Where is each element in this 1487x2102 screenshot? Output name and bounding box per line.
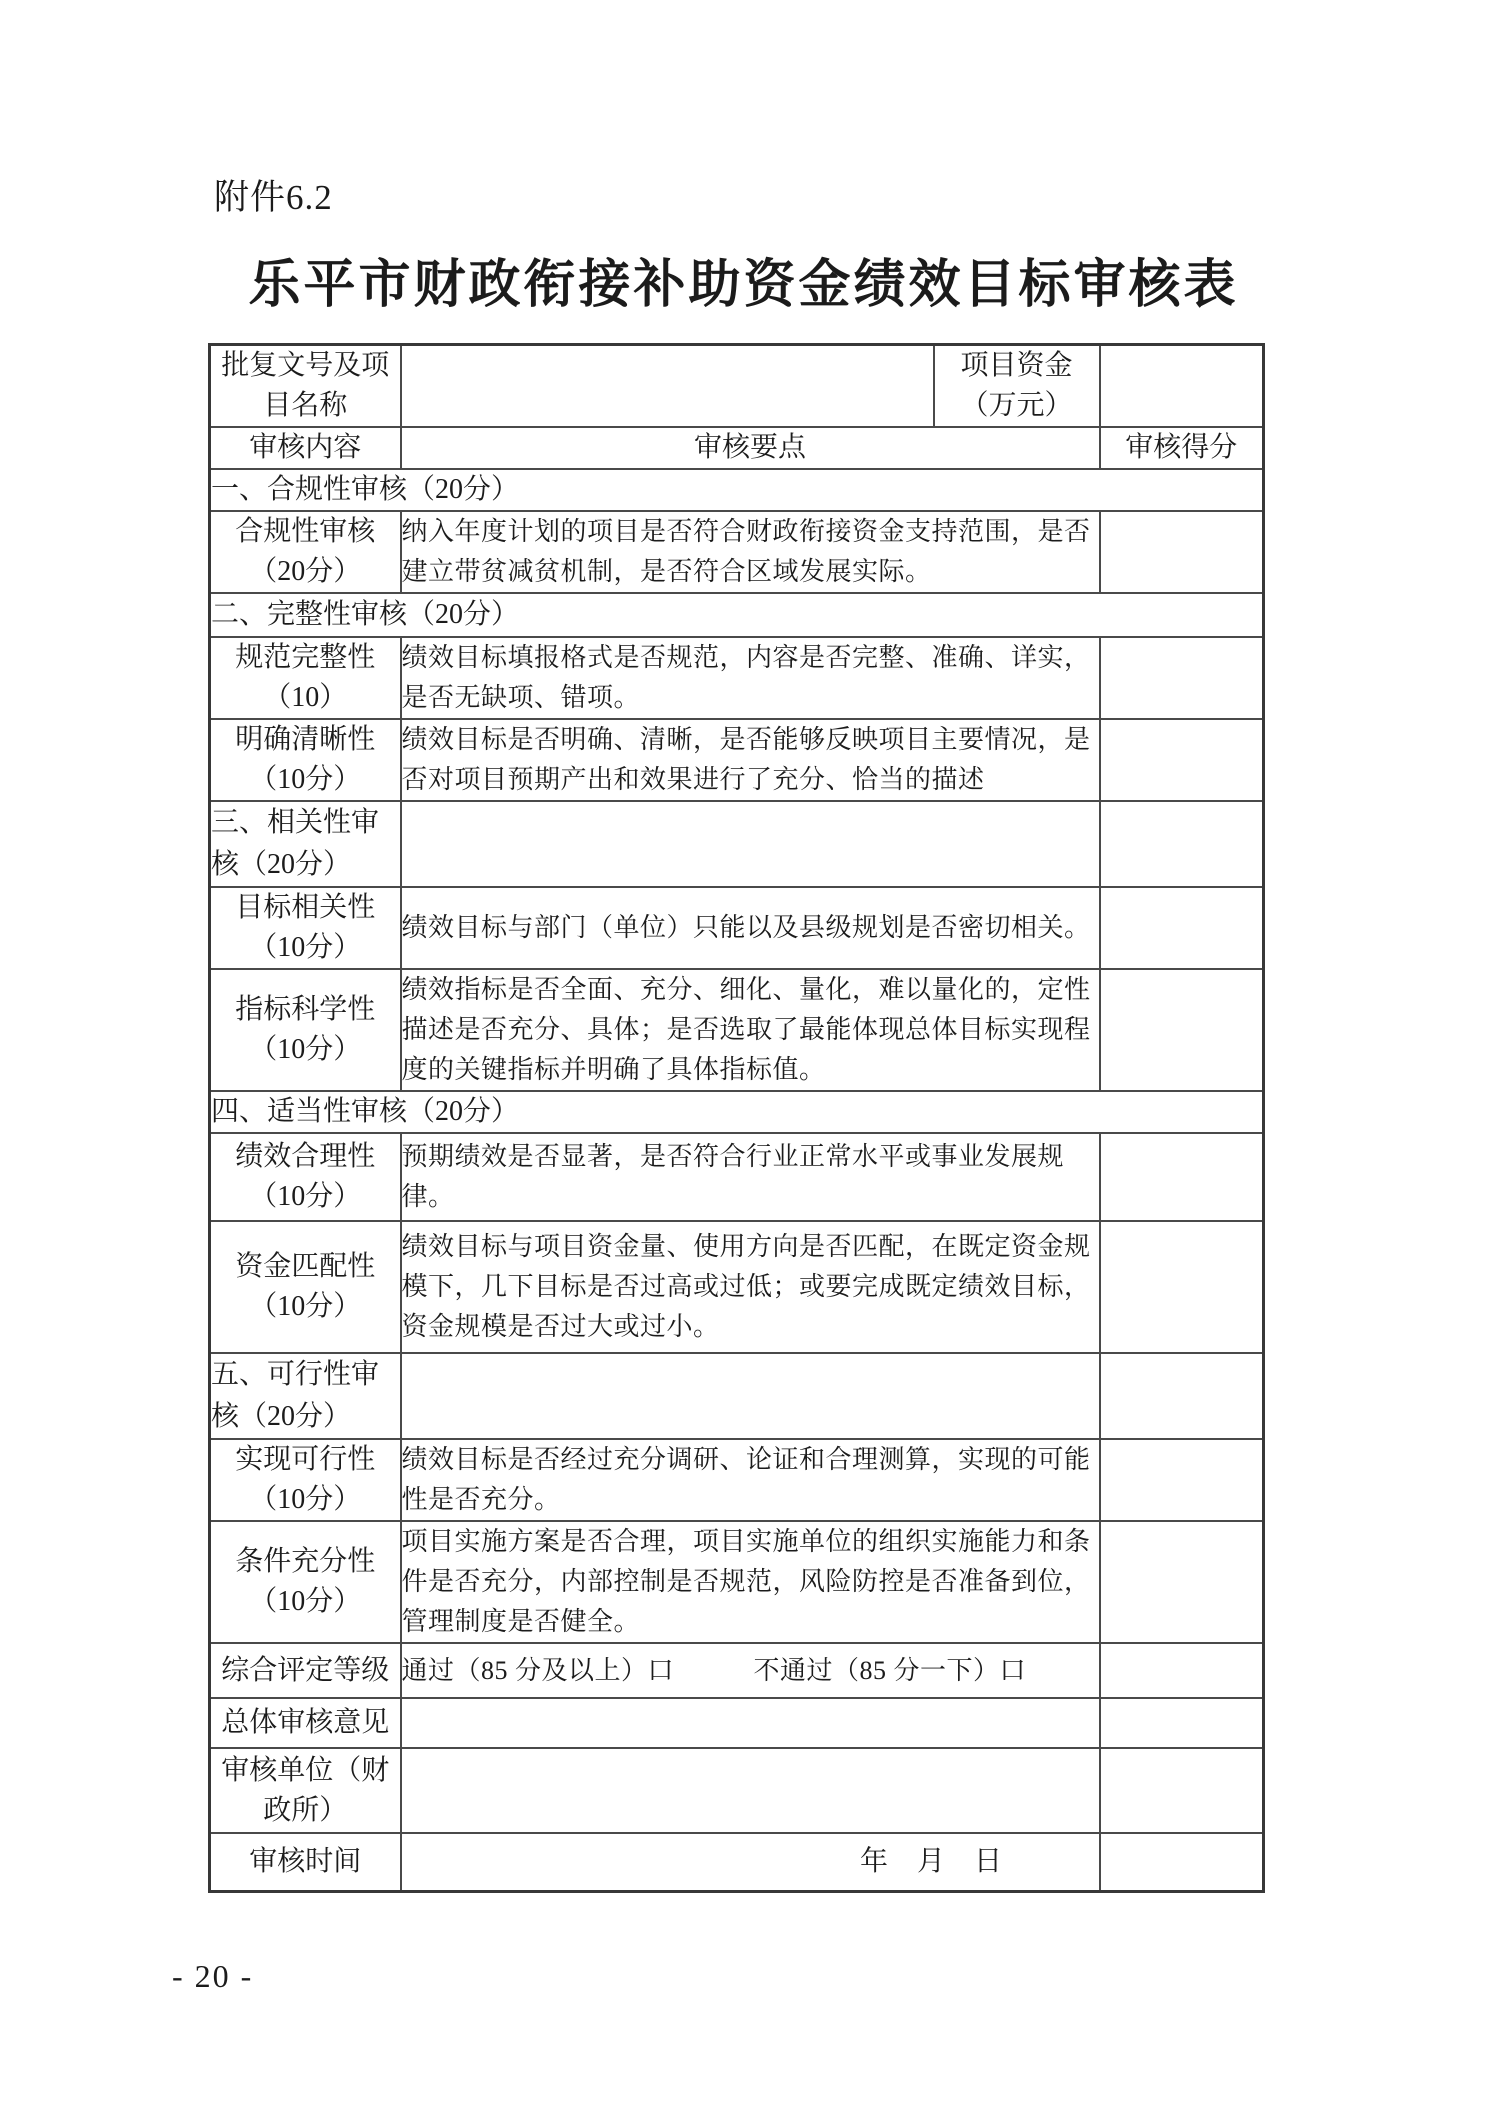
- table-row: 指标科学性 （10分） 绩效指标是否全面、充分、细化、量化，难以量化的，定性描述…: [210, 969, 1264, 1091]
- review-points-cell: 绩效目标是否经过充分调研、论证和合理测算，实现的可能性是否充分。: [401, 1439, 1100, 1521]
- date-value-cell: 年 月 日: [401, 1833, 1100, 1891]
- review-points-cell: 绩效目标与部门（单位）只能以及县级规划是否密切相关。: [401, 887, 1100, 969]
- row-label-cell: 合规性审核 （20分）: [210, 511, 401, 593]
- review-points-cell: 绩效目标与项目资金量、使用方向是否匹配，在既定资金规模下，几下目标是否过高或过低…: [401, 1221, 1100, 1353]
- review-points-cell: 绩效目标填报格式是否规范，内容是否完整、准确、详实，是否无缺项、错项。: [401, 637, 1100, 719]
- row-label-cell: 明确清晰性 （10分）: [210, 719, 401, 801]
- section-row: 四、适当性审核（20分）: [210, 1091, 1264, 1133]
- table-row: 绩效合理性 （10分） 预期绩效是否显著，是否符合行业正常水平或事业发展规律。: [210, 1133, 1264, 1221]
- review-content-header: 审核内容: [210, 427, 401, 469]
- project-fund-value-cell: [1100, 345, 1264, 428]
- attachment-label: 附件6.2: [214, 170, 333, 220]
- section-row: 一、合规性审核（20分）: [210, 469, 1264, 511]
- score-cell: [1100, 511, 1264, 593]
- review-score-header: 审核得分: [1100, 427, 1264, 469]
- score-cell: [1100, 1221, 1264, 1353]
- table-row-overall-rating: 综合评定等级 通过（85 分及以上）口 不通过（85 分一下）口: [210, 1643, 1264, 1698]
- section-title: 二、完整性审核（20分）: [210, 593, 1264, 637]
- table-row: 条件充分性 （10分） 项目实施方案是否合理，项目实施单位的组织实施能力和条件是…: [210, 1521, 1264, 1643]
- review-points-cell: [401, 1353, 1100, 1439]
- scanned-document-page: 附件6.2 乐平市财政衔接补助资金绩效目标审核表 批复文号及项 目名称 项目资金…: [0, 0, 1487, 2102]
- row-label-cell: 实现可行性 （10分）: [210, 1439, 401, 1521]
- row-label-cell: 审核单位（财 政所）: [210, 1748, 401, 1833]
- row-label-cell: 总体审核意见: [210, 1698, 401, 1748]
- section-title: 一、合规性审核（20分）: [210, 469, 1264, 511]
- row-label-cell: 目标相关性 （10分）: [210, 887, 401, 969]
- review-points-cell: 纳入年度计划的项目是否符合财政衔接资金支持范围，是否建立带贫减贫机制，是否符合区…: [401, 511, 1100, 593]
- score-cell: [1100, 887, 1264, 969]
- score-cell: [1100, 1643, 1264, 1698]
- row-label-cell: 资金匹配性 （10分）: [210, 1221, 401, 1353]
- score-cell: [1100, 801, 1264, 887]
- table-row: 规范完整性 （10） 绩效目标填报格式是否规范，内容是否完整、准确、详实，是否无…: [210, 637, 1264, 719]
- rating-options-cell: 通过（85 分及以上）口 不通过（85 分一下）口: [401, 1643, 1100, 1698]
- review-points-cell: 绩效指标是否全面、充分、细化、量化，难以量化的，定性描述是否充分、具体；是否选取…: [401, 969, 1100, 1091]
- score-cell: [1100, 1833, 1264, 1891]
- row-label-cell: 综合评定等级: [210, 1643, 401, 1698]
- table-row-overall-opinion: 总体审核意见: [210, 1698, 1264, 1748]
- table-row: 目标相关性 （10分） 绩效目标与部门（单位）只能以及县级规划是否密切相关。: [210, 887, 1264, 969]
- table-row: 资金匹配性 （10分） 绩效目标与项目资金量、使用方向是否匹配，在既定资金规模下…: [210, 1221, 1264, 1353]
- table-row-column-headers: 审核内容 审核要点 审核得分: [210, 427, 1264, 469]
- table-row: 明确清晰性 （10分） 绩效目标是否明确、清晰，是否能够反映项目主要情况，是否对…: [210, 719, 1264, 801]
- section-title: 四、适当性审核（20分）: [210, 1091, 1264, 1133]
- row-label-cell: 绩效合理性 （10分）: [210, 1133, 401, 1221]
- row-label-cell: 条件充分性 （10分）: [210, 1521, 401, 1643]
- table-row-review-unit: 审核单位（财 政所）: [210, 1748, 1264, 1833]
- table-row: 实现可行性 （10分） 绩效目标是否经过充分调研、论证和合理测算，实现的可能性是…: [210, 1439, 1264, 1521]
- review-points-header: 审核要点: [401, 427, 1100, 469]
- review-points-cell: 项目实施方案是否合理，项目实施单位的组织实施能力和条件是否充分，内部控制是否规范…: [401, 1521, 1100, 1643]
- approval-doc-value-cell: [401, 345, 934, 428]
- review-points-cell: [401, 801, 1100, 887]
- unit-value-cell: [401, 1748, 1100, 1833]
- score-cell: [1100, 1521, 1264, 1643]
- section-row: 五、可行性审 核（20分）: [210, 1353, 1264, 1439]
- approval-doc-label: 批复文号及项 目名称: [210, 345, 401, 428]
- row-label-cell: 审核时间: [210, 1833, 401, 1891]
- score-cell: [1100, 1698, 1264, 1748]
- review-points-cell: 绩效目标是否明确、清晰，是否能够反映项目主要情况，是否对项目预期产出和效果进行了…: [401, 719, 1100, 801]
- row-label-cell: 指标科学性 （10分）: [210, 969, 401, 1091]
- row-label-cell: 规范完整性 （10）: [210, 637, 401, 719]
- table-row-review-date: 审核时间 年 月 日: [210, 1833, 1264, 1891]
- score-cell: [1100, 1439, 1264, 1521]
- section-title: 三、相关性审 核（20分）: [210, 801, 401, 887]
- opinion-value-cell: [401, 1698, 1100, 1748]
- review-points-cell: 预期绩效是否显著，是否符合行业正常水平或事业发展规律。: [401, 1133, 1100, 1221]
- section-row: 三、相关性审 核（20分）: [210, 801, 1264, 887]
- score-cell: [1100, 719, 1264, 801]
- score-cell: [1100, 637, 1264, 719]
- page-title: 乐平市财政衔接补助资金绩效目标审核表: [0, 242, 1487, 317]
- section-title: 五、可行性审 核（20分）: [210, 1353, 401, 1439]
- section-row: 二、完整性审核（20分）: [210, 593, 1264, 637]
- page-number: - 20 -: [172, 1958, 253, 1995]
- score-cell: [1100, 969, 1264, 1091]
- review-table: 批复文号及项 目名称 项目资金 （万元） 审核内容 审核要点 审核得分 一、合规…: [208, 343, 1265, 1893]
- score-cell: [1100, 1133, 1264, 1221]
- score-cell: [1100, 1353, 1264, 1439]
- score-cell: [1100, 1748, 1264, 1833]
- project-fund-label: 项目资金 （万元）: [934, 345, 1100, 428]
- table-row-approval: 批复文号及项 目名称 项目资金 （万元）: [210, 345, 1264, 428]
- table-row: 合规性审核 （20分） 纳入年度计划的项目是否符合财政衔接资金支持范围，是否建立…: [210, 511, 1264, 593]
